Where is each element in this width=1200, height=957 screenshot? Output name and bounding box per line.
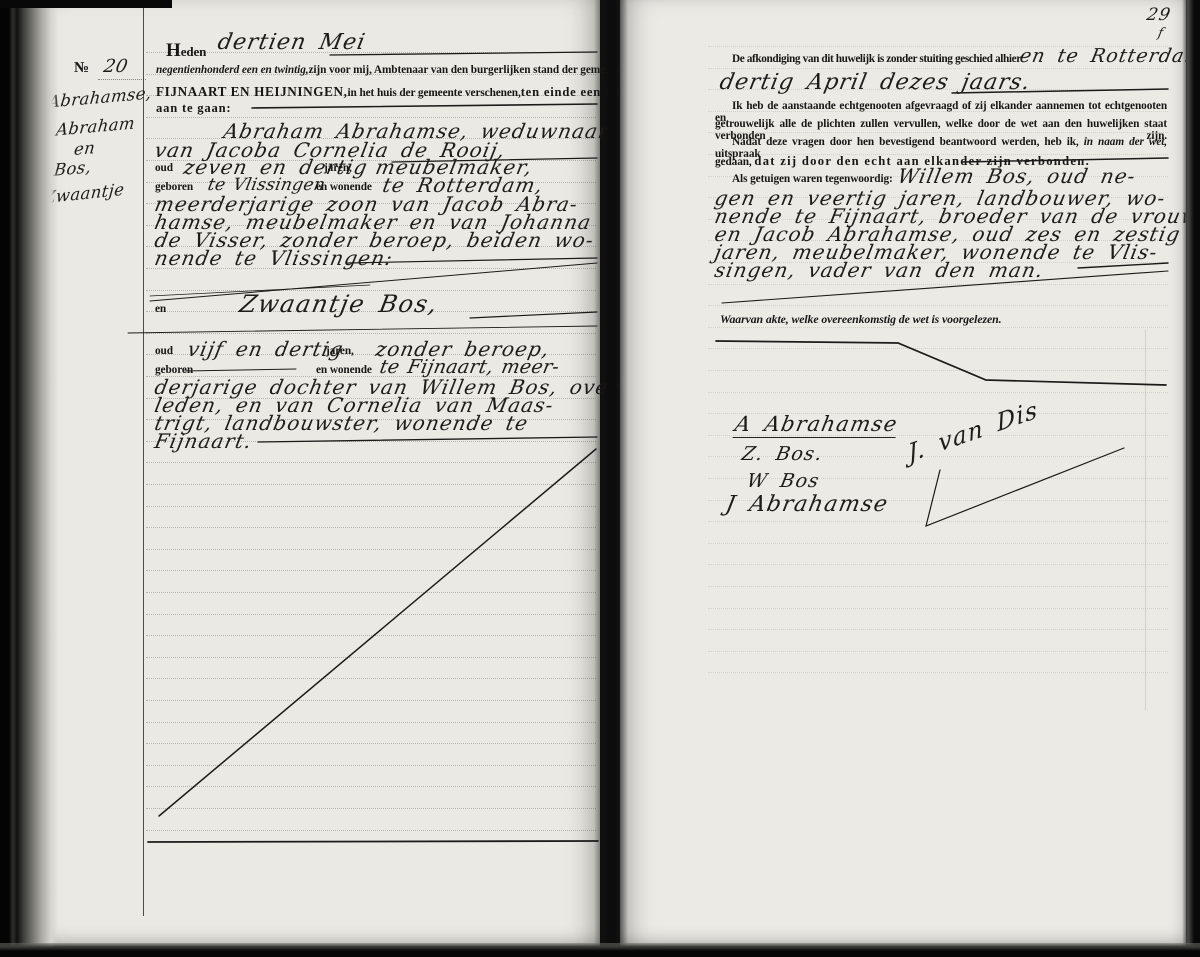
oud-label-bride: oud	[155, 345, 173, 357]
jaren-label-bride: jaren,	[326, 345, 354, 357]
ruled-line	[146, 786, 596, 787]
witness-line-1: Willem Bos, oud ne-	[896, 164, 1138, 188]
ruled-line	[708, 305, 1168, 306]
intro-line-2: FIJNAART EN HEIJNINGEN, in het huis der …	[156, 84, 598, 100]
ruled-line	[708, 586, 1168, 587]
heden-label: Heden	[166, 40, 206, 62]
proclamation-printed: De afkondiging van dit huwelijk is zonde…	[732, 53, 1021, 65]
ruled-line	[146, 614, 596, 615]
proclamation-hand-date: dertig April dezes jaars.	[718, 70, 1033, 95]
ruled-line	[146, 570, 596, 571]
groom-parents-line4: nende te Vlissingen:	[153, 246, 396, 270]
closing-statement: Waarvan akte, welke overeenkomstig de we…	[720, 312, 1001, 327]
signature-bride: Z. Bos.	[740, 443, 825, 465]
left-page: № 20 Abrahamse, Abraham en Bos, Zwaantje…	[28, 0, 600, 946]
ruled-line	[708, 68, 1168, 69]
ruled-line	[146, 592, 596, 593]
ruled-line	[708, 608, 1168, 609]
ruled-line	[146, 506, 596, 507]
act-number-label: №	[74, 60, 89, 77]
intro-rest: zijn voor mij, Ambtenaar van den burgerl…	[308, 64, 624, 76]
ruled-line	[146, 52, 596, 53]
intro-line-1: negentienhonderd een en twintig, zijn vo…	[156, 64, 598, 76]
oud-label: oud	[155, 162, 173, 174]
vows-3-italic: in naam der wet,	[1084, 136, 1167, 148]
ruled-line	[708, 348, 1168, 349]
ruled-line	[708, 672, 1168, 673]
bride-name-line: Zwaantje Bos,	[237, 290, 440, 318]
intro-year-words: negentienhonderd een en twintig,	[156, 64, 308, 76]
ruled-line	[146, 678, 596, 679]
bride-parents-line4: Fijnaart.	[153, 429, 255, 453]
ruled-line	[146, 333, 596, 334]
ruled-line	[146, 484, 596, 485]
witness-line-6: singen, vader van den man.	[713, 258, 1046, 282]
act-number-underline	[98, 79, 146, 80]
marriage-date: dertien Mei	[216, 30, 368, 55]
right-page: 29 f De afkondiging van dit huwelijk is …	[620, 0, 1186, 946]
page-number-mark: f	[1157, 26, 1166, 41]
page-fold-line	[1145, 330, 1146, 710]
witnesses-label: Als getuigen waren tegenwoordig:	[732, 173, 893, 185]
ruled-line	[708, 651, 1168, 652]
ruled-line	[146, 700, 596, 701]
scan-edge-top-left	[0, 0, 172, 8]
margin-name-bride-surname: Bos,	[53, 157, 92, 180]
proclamation-hand-place: en te Rotterdam	[1018, 45, 1200, 67]
ruled-line	[708, 629, 1168, 630]
margin-name-en: en	[73, 138, 96, 159]
ruled-line	[146, 743, 596, 744]
ruled-line	[146, 765, 596, 766]
signature-witness-abrahamse: J Abrahamse	[724, 492, 891, 517]
ruled-line	[708, 564, 1168, 565]
ruled-line	[146, 527, 596, 528]
ruled-line	[146, 549, 596, 550]
margin-rule	[143, 0, 144, 916]
ruled-line	[146, 117, 596, 118]
scanned-marriage-record: № 20 Abrahamse, Abraham en Bos, Zwaantje…	[0, 0, 1200, 957]
ruled-line	[146, 657, 596, 658]
ruled-line	[146, 808, 596, 809]
ruled-line	[146, 635, 596, 636]
ruled-line	[708, 370, 1168, 371]
en-label: en	[155, 303, 166, 315]
ruled-line	[146, 722, 596, 723]
ruled-line	[146, 462, 596, 463]
intro-line-3: aan te gaan:	[156, 101, 231, 116]
ruled-line	[708, 543, 1168, 544]
vows-3a: Nadat deze vragen door hen bevestigend b…	[732, 136, 1079, 148]
act-number: 20	[102, 56, 130, 77]
municipality-name: FIJNAART EN HEIJNINGEN,	[156, 84, 348, 100]
signature-witness-bos: W Bos	[745, 470, 822, 492]
ruled-line	[708, 392, 1168, 393]
page-number: 29	[1145, 5, 1173, 25]
scan-edge-bottom	[0, 943, 1200, 957]
scan-edge-right	[1182, 0, 1200, 957]
ruled-line	[708, 521, 1168, 522]
ruled-line	[146, 830, 596, 831]
book-edge-left	[0, 0, 58, 957]
ruled-line	[708, 284, 1168, 285]
intro-2-text: in het huis der gemeente verschenen,	[348, 87, 521, 99]
vows-4a: gedaan,	[715, 156, 752, 168]
book-gutter	[594, 0, 628, 946]
margin-name-groom-first: Abraham	[55, 113, 136, 139]
margin-name-groom-surname: Abrahamse,	[47, 83, 152, 111]
bride-age: vijf en dertig	[186, 337, 346, 361]
jaren-label: jaren,	[324, 162, 352, 174]
signature-groom: A Abrahamse	[732, 412, 900, 438]
